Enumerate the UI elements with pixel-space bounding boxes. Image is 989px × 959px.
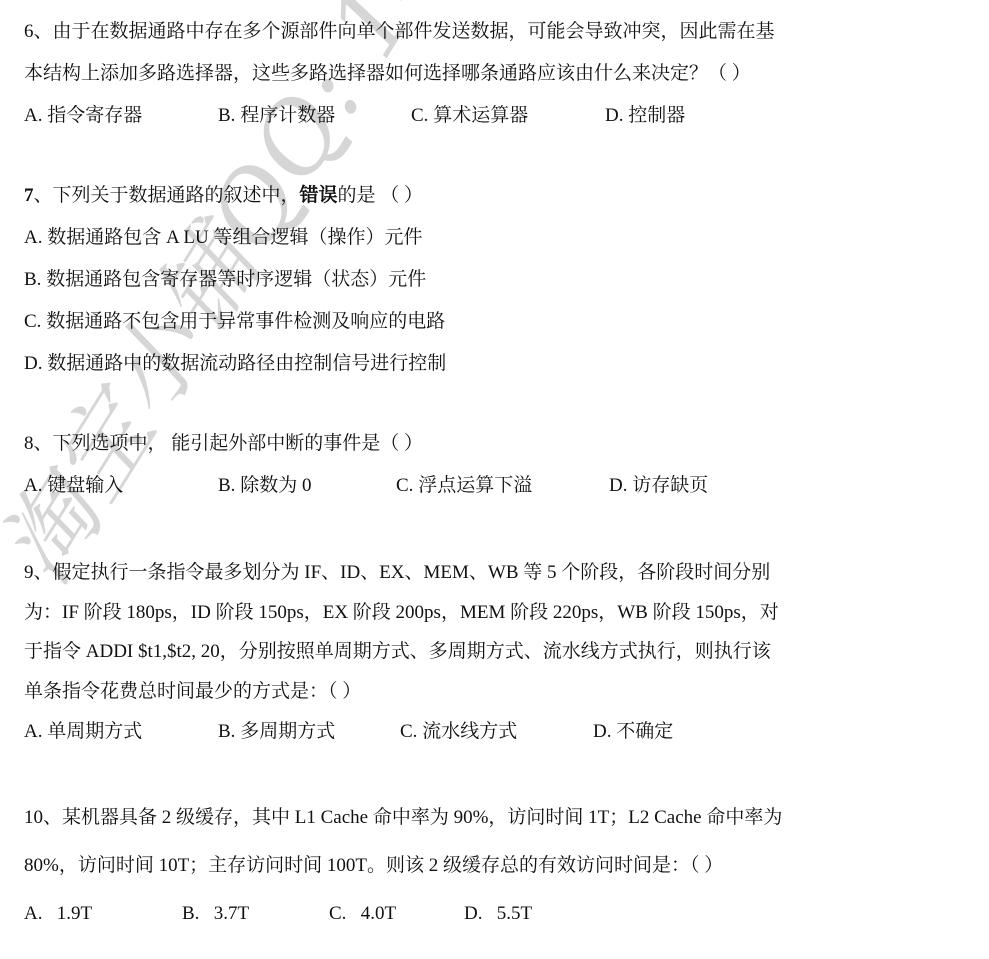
option-d: D. 数据通路中的数据流动路径由控制信号进行控制	[24, 352, 446, 376]
question-stem-line: 于指令 ADDI $t1,$t2, 20，分别按照单周期方式、多周期方式、流水线…	[24, 640, 771, 664]
stem-suffix: 的是 （ ）	[338, 185, 424, 206]
option-d: D. 5.5T	[464, 902, 532, 926]
question-stem-line: 8、下列选项中， 能引起外部中断的事件是（ ）	[24, 432, 423, 456]
question-stem-line: 为：IF 阶段 180ps，ID 阶段 150ps，EX 阶段 200ps，ME…	[24, 601, 779, 625]
watermark: 淘宝小铺QQ: 1433397577	[0, 0, 741, 605]
question-stem-line: 6、由于在数据通路中存在多个源部件向单个部件发送数据，可能会导致冲突，因此需在基	[24, 20, 775, 44]
stem-prefix: 、下列关于数据通路的叙述中，	[34, 185, 300, 206]
question-stem-line: 10、某机器具备 2 级缓存，其中 L1 Cache 命中率为 90%，访问时间…	[24, 806, 782, 830]
option-a: A. 键盘输入	[24, 474, 123, 498]
option-c: C. 数据通路不包含用于异常事件检测及响应的电路	[24, 310, 445, 334]
option-c: C. 浮点运算下溢	[396, 474, 532, 498]
option-b: B. 数据通路包含寄存器等时序逻辑（状态）元件	[24, 268, 426, 292]
option-b: B. 程序计数器	[218, 104, 335, 128]
question-stem-line: 7、下列关于数据通路的叙述中，错误的是 （ ）	[24, 184, 423, 208]
option-c: C. 4.0T	[329, 902, 396, 926]
option-b: B. 多周期方式	[218, 720, 335, 744]
question-stem-line: 单条指令花费总时间最少的方式是：（ ）	[24, 680, 361, 704]
option-d: D. 不确定	[593, 720, 673, 744]
option-c: C. 流水线方式	[400, 720, 517, 744]
stem-emphasis: 错误	[300, 185, 338, 206]
option-a: A. 数据通路包含 A LU 等组合逻辑（操作）元件	[24, 226, 423, 250]
option-d: D. 控制器	[605, 104, 685, 128]
option-a: A. 指令寄存器	[24, 104, 142, 128]
option-b: B. 3.7T	[182, 902, 249, 926]
option-b: B. 除数为 0	[218, 474, 311, 498]
question-stem-line: 9、假定执行一条指令最多划分为 IF、ID、EX、MEM、WB 等 5 个阶段，…	[24, 561, 770, 585]
option-a: A. 单周期方式	[24, 720, 142, 744]
question-stem-line: 本结构上添加多路选择器，这些多路选择器如何选择哪条通路应该由什么来决定？（ ）	[24, 62, 751, 86]
option-d: D. 访存缺页	[609, 474, 708, 498]
question-stem-line: 80%，访问时间 10T；主存访问时间 100T。则该 2 级缓存总的有效访问时…	[24, 854, 723, 878]
document-page: 淘宝小铺QQ: 1433397577 6、由于在数据通路中存在多个源部件向单个部…	[0, 0, 989, 959]
option-a: A. 1.9T	[24, 902, 92, 926]
option-c: C. 算术运算器	[411, 104, 528, 128]
